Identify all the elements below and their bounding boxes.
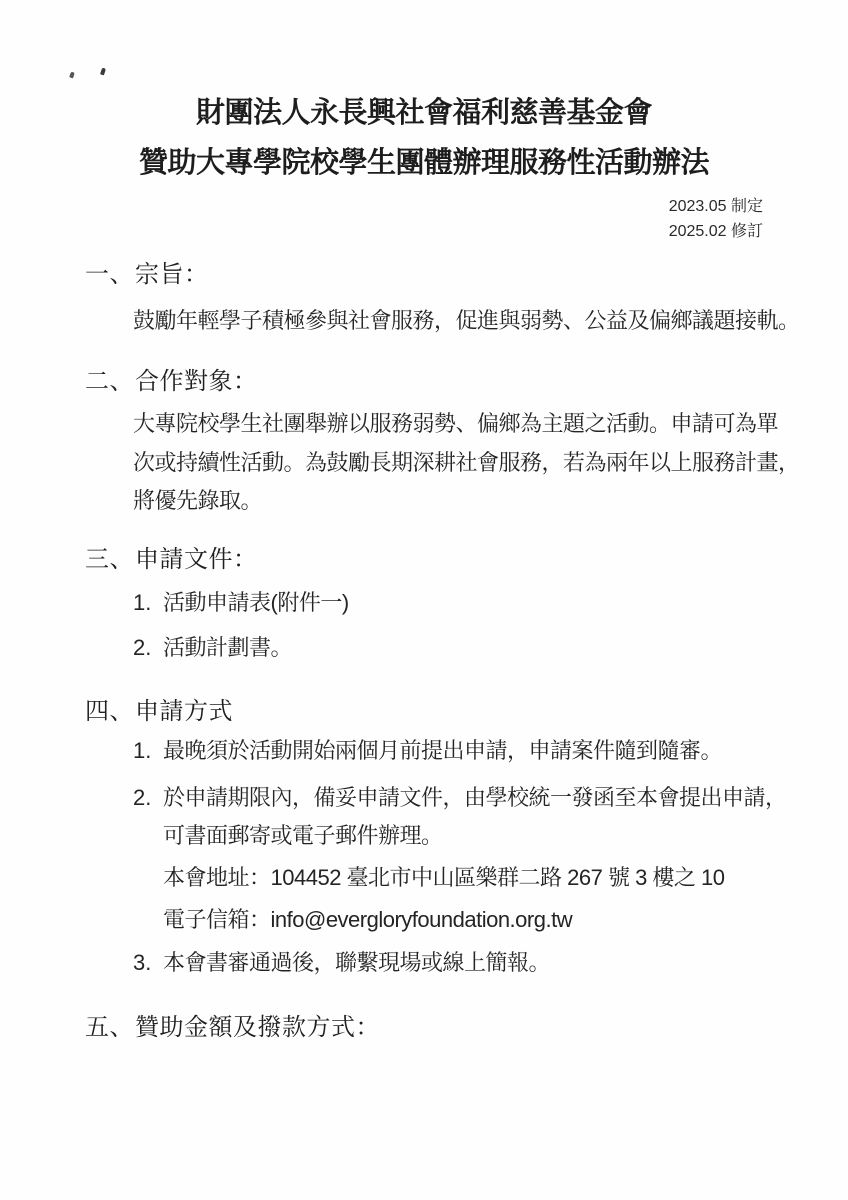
email-value: info@evergloryfoundation.org.tw bbox=[271, 907, 573, 932]
partners-text-line: 將優先錄取。 bbox=[133, 487, 262, 515]
list-item-number: 2. bbox=[133, 784, 163, 812]
email-label: 電子信箱： bbox=[163, 907, 271, 932]
list-item: 2. 於申請期限內，備妥申請文件，由學校統一發函至本會提出申請， bbox=[133, 784, 787, 812]
section-title: 贊助金額及撥款方式： bbox=[135, 1013, 380, 1043]
doc-title-line2: 贊助大專學院校學生團體辦理服務性活動辦法 bbox=[0, 145, 848, 181]
partners-text-line: 大專院校學生社團舉辦以服務弱勢、偏鄉為主題之活動。申請可為單 bbox=[133, 410, 778, 438]
section-heading-partners: 二、 合作對象： bbox=[85, 367, 258, 397]
list-item-number: 1. bbox=[133, 737, 163, 765]
list-item-text: 於申請期限內，備妥申請文件，由學校統一發函至本會提出申請， bbox=[163, 784, 787, 812]
list-item: 2. 活動計劃書。 bbox=[133, 634, 292, 662]
list-item: 1. 最晚須於活動開始兩個月前提出申請，申請案件隨到隨審。 bbox=[133, 737, 722, 765]
list-item-text: 活動計劃書。 bbox=[163, 634, 292, 662]
revision-history: 2023.05 制定 2025.02 修訂 bbox=[669, 194, 763, 244]
foundation-address: 本會地址：104452 臺北市中山區樂群二路 267 號 3 樓之 10 bbox=[163, 864, 725, 892]
scan-speck bbox=[100, 68, 106, 76]
list-item: 3. 本會書審通過後，聯繫現場或線上簡報。 bbox=[133, 949, 550, 977]
list-item-number: 2. bbox=[133, 634, 163, 662]
section-heading-documents: 三、 申請文件： bbox=[85, 545, 258, 575]
list-item-number: 3. bbox=[133, 949, 163, 977]
list-item-text: 最晚須於活動開始兩個月前提出申請，申請案件隨到隨審。 bbox=[163, 737, 722, 765]
section-title: 申請方式 bbox=[135, 697, 233, 727]
section-number: 二、 bbox=[85, 367, 135, 397]
list-item-number: 1. bbox=[133, 589, 163, 617]
section-title: 合作對象： bbox=[135, 367, 258, 397]
section-title: 宗旨： bbox=[135, 260, 209, 290]
section-heading-purpose: 一、 宗旨： bbox=[85, 260, 209, 290]
partners-text-line: 次或持續性活動。為鼓勵長期深耕社會服務，若為兩年以上服務計畫， bbox=[133, 449, 800, 477]
section-title: 申請文件： bbox=[135, 545, 258, 575]
address-label: 本會地址： bbox=[163, 865, 271, 890]
list-item-text: 活動申請表(附件一) bbox=[163, 589, 349, 617]
purpose-text: 鼓勵年輕學子積極參與社會服務，促進與弱勢、公益及偏鄉議題接軌。 bbox=[133, 307, 800, 335]
doc-title-line1: 財團法人永長興社會福利慈善基金會 bbox=[0, 95, 848, 131]
section-number: 一、 bbox=[85, 260, 135, 290]
revision-entry-amended: 2025.02 修訂 bbox=[669, 219, 763, 244]
section-number: 四、 bbox=[85, 697, 135, 727]
section-heading-application: 四、 申請方式 bbox=[85, 697, 233, 727]
address-value: 104452 臺北市中山區樂群二路 267 號 3 樓之 10 bbox=[271, 865, 725, 890]
section-heading-funding: 五、 贊助金額及撥款方式： bbox=[85, 1013, 380, 1043]
list-item-text-continued: 可書面郵寄或電子郵件辦理。 bbox=[163, 822, 443, 850]
list-item-text: 本會書審通過後，聯繫現場或線上簡報。 bbox=[163, 949, 550, 977]
foundation-email: 電子信箱：info@evergloryfoundation.org.tw bbox=[163, 906, 572, 934]
section-number: 三、 bbox=[85, 545, 135, 575]
document-page: 財團法人永長興社會福利慈善基金會 贊助大專學院校學生團體辦理服務性活動辦法 20… bbox=[0, 0, 848, 1200]
scan-speck bbox=[69, 72, 75, 79]
list-item: 1. 活動申請表(附件一) bbox=[133, 589, 349, 617]
section-number: 五、 bbox=[85, 1013, 135, 1043]
revision-entry-created: 2023.05 制定 bbox=[669, 194, 763, 219]
